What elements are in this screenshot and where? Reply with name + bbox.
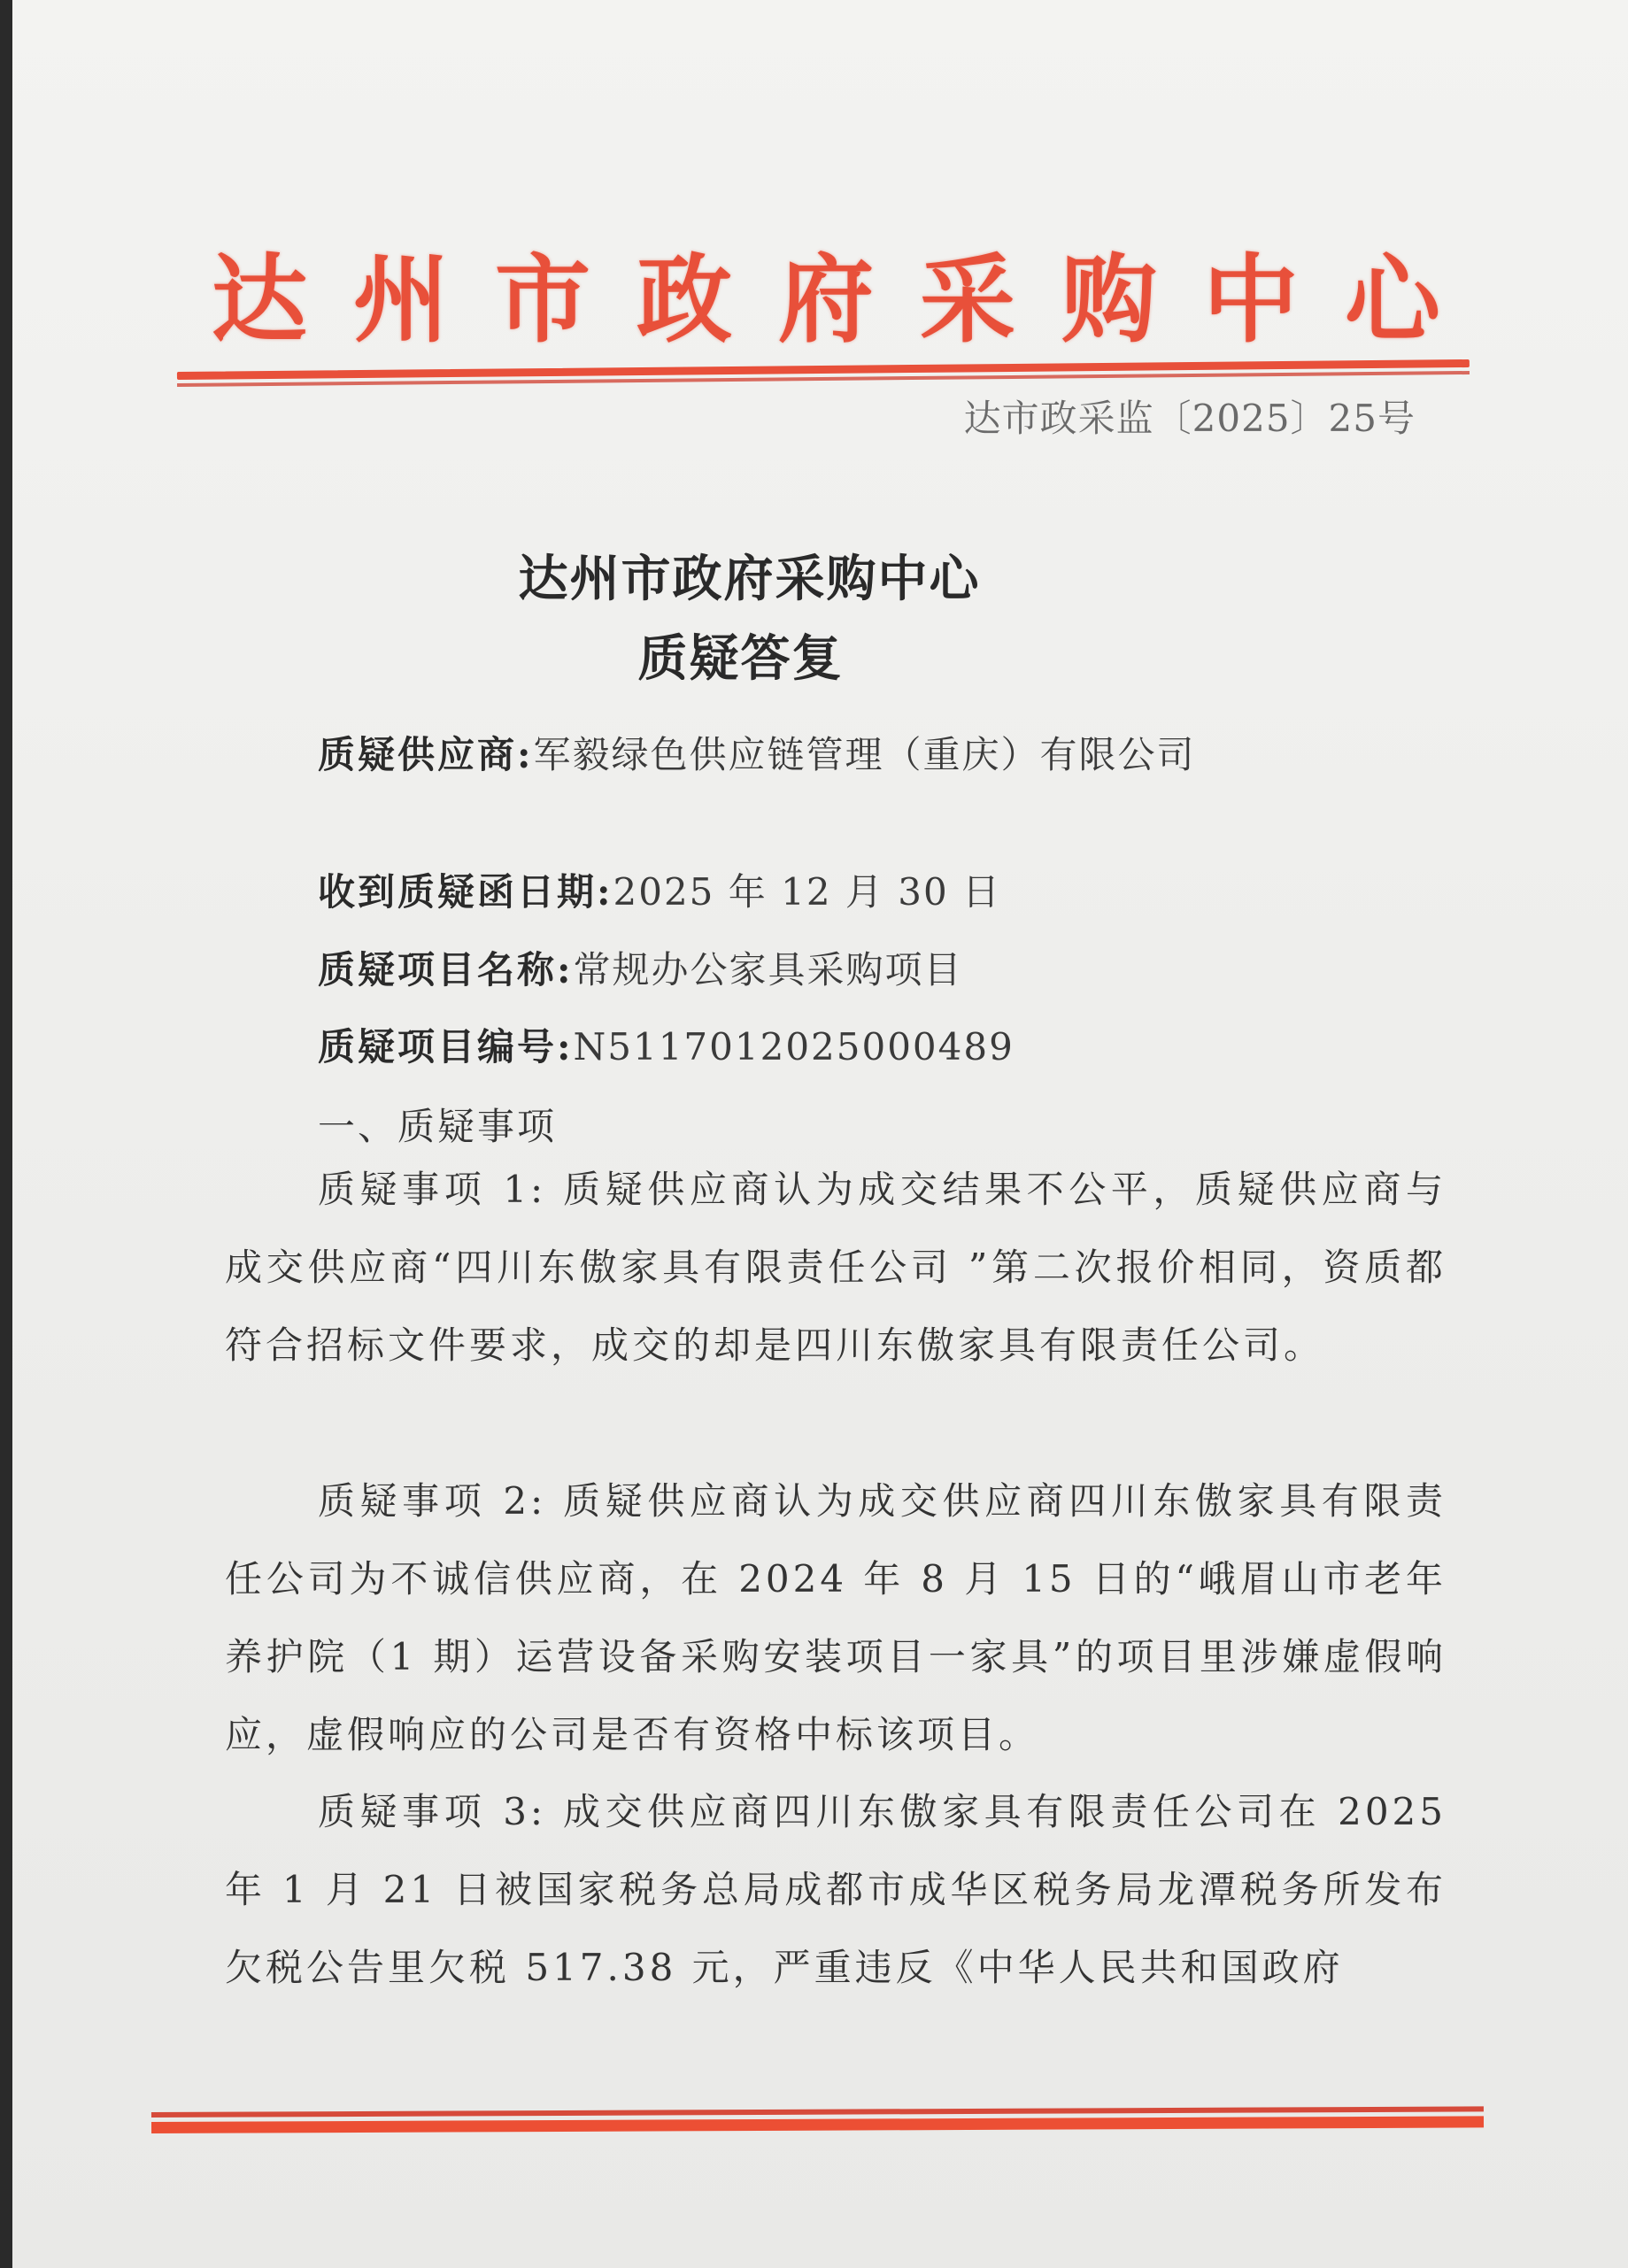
meta-project-name: 质疑项目名称:常规办公家具采购项目 xyxy=(318,941,963,994)
meta-project-number: 质疑项目编号:N5117012025000489 xyxy=(318,1018,1015,1071)
meta-label: 质疑项目名称: xyxy=(318,948,574,991)
meta-value: 2025 年 12 月 30 日 xyxy=(613,870,1002,914)
meta-received-date: 收到质疑函日期:2025 年 12 月 30 日 xyxy=(318,863,1001,916)
document-page: 达州市政府采购中心 达市政采监〔2025〕25号 达州市政府采购中心 质疑答复 … xyxy=(12,0,1628,2268)
meta-value: 军毅绿色供应链管理（重庆）有限公司 xyxy=(534,733,1196,776)
footer-red-rule xyxy=(151,2106,1484,2135)
document-number: 达市政采监〔2025〕25号 xyxy=(964,390,1416,443)
objection-item-3: 质疑事项 3: 成交供应商四川东傲家具有限责任公司在 2025 年 1 月 21… xyxy=(225,1773,1447,2007)
header-red-rule xyxy=(177,359,1470,390)
objection-item-2: 质疑事项 2: 质疑供应商认为成交供应商四川东傲家具有限责任公司为不诚信供应商，… xyxy=(225,1462,1447,1774)
section-heading: 一、质疑事项 xyxy=(318,1098,557,1151)
objection-item-1: 质疑事项 1: 质疑供应商认为成交结果不公平，质疑供应商与成交供应商“四川东傲家… xyxy=(225,1151,1447,1385)
title-organization: 达州市政府采购中心 xyxy=(0,540,1557,611)
masthead-organization: 达州市政府采购中心 xyxy=(212,252,1469,348)
meta-label: 质疑项目编号: xyxy=(318,1025,574,1068)
meta-value: N5117012025000489 xyxy=(574,1025,1015,1068)
title-subject: 质疑答复 xyxy=(0,620,1548,690)
meta-supplier: 质疑供应商:军毅绿色供应链管理（重庆）有限公司 xyxy=(318,726,1196,779)
meta-label: 收到质疑函日期: xyxy=(318,870,613,914)
meta-label: 质疑供应商: xyxy=(318,733,534,776)
meta-value: 常规办公家具采购项目 xyxy=(574,948,963,991)
